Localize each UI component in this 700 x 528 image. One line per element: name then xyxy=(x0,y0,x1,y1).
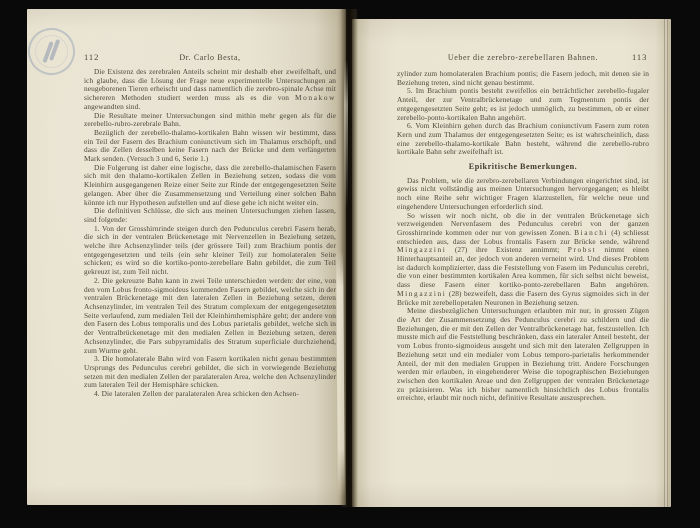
page-number-right: 113 xyxy=(632,52,647,62)
text-segment: 3. Die homolaterale Bahn wird von Fasern… xyxy=(84,354,336,389)
emphasized-name: Probst xyxy=(568,245,596,254)
paragraph: 2. Die gekreuzte Bahn kann in zwei Teile… xyxy=(84,277,336,355)
paragraph: 6. Vom Kleinhirn gehen durch das Brachiu… xyxy=(397,122,649,157)
paragraph: 3. Die homolaterale Bahn wird von Fasern… xyxy=(84,355,336,390)
gutter-torn-page-edge xyxy=(344,60,348,210)
library-stamp-icon xyxy=(27,22,81,81)
text-segment: Die Resultate meiner Untersuchungen sind… xyxy=(84,111,336,129)
text-segment: (27) ihre Existenz annimmt; xyxy=(446,245,567,254)
text-segment: 4. Die lateralen Zellen der paralaterale… xyxy=(94,389,299,398)
paragraph: 1. Von der Grosshirnrinde steigen durch … xyxy=(84,225,336,277)
right-page-text-column: zylinder zum homolateralen Brachium pont… xyxy=(397,70,649,403)
text-segment: Die definitiven Schlüsse, die sich aus m… xyxy=(84,206,336,224)
paragraph: Das Problem, wie die zerebro-zerebellare… xyxy=(397,177,649,212)
paragraph: Die definitiven Schlüsse, die sich aus m… xyxy=(84,207,336,224)
paragraph: Die Folgerung ist daher eine logische, d… xyxy=(84,164,336,208)
left-page-text-column: Die Existenz des zerebralen Anteils sche… xyxy=(84,68,336,399)
text-segment: 2. Die gekreuzte Bahn kann in zwei Teile… xyxy=(84,276,336,355)
page-left: 112 Dr. Carlo Besta, Die Existenz des ze… xyxy=(27,9,346,505)
emphasized-name: Monakow xyxy=(295,93,336,102)
text-segment: Meine diesbezüglichen Untersuchungen erl… xyxy=(397,306,649,402)
text-segment: 1. Von der Grosshirnrinde steigen durch … xyxy=(84,224,336,277)
text-segment: angewandten sind. xyxy=(84,102,140,111)
text-segment: Die Folgerung ist daher eine logische, d… xyxy=(84,163,336,207)
emphasized-name: Mingazzini xyxy=(397,245,446,254)
text-segment: 6. Vom Kleinhirn gehen durch das Brachiu… xyxy=(397,121,649,156)
scanned-book-spread: 112 Dr. Carlo Besta, Die Existenz des ze… xyxy=(0,0,700,528)
paragraph: So wissen wir noch nicht, ob die in der … xyxy=(397,212,649,308)
paragraph: 5. Im Brachium pontis besteht zweifellos… xyxy=(397,87,649,122)
text-segment: Das Problem, wie die zerebro-zerebellare… xyxy=(397,176,649,211)
paragraph: Bezüglich der zerebello-thalamo-kortikal… xyxy=(84,129,336,164)
paragraph: 4. Die lateralen Zellen der paralaterale… xyxy=(84,390,336,399)
emphasized-name: Bianchi xyxy=(574,228,608,237)
text-segment: zylinder zum homolateralen Brachium pont… xyxy=(397,69,649,87)
paragraph: zylinder zum homolateralen Brachium pont… xyxy=(397,70,649,87)
section-heading: Epikritische Bemerkungen. xyxy=(397,163,649,172)
running-header-left: Dr. Carlo Besta, xyxy=(84,53,336,62)
paragraph: Die Resultate meiner Untersuchungen sind… xyxy=(84,112,336,129)
paragraph: Meine diesbezüglichen Untersuchungen erl… xyxy=(397,307,649,403)
text-segment: 5. Im Brachium pontis besteht zweifellos… xyxy=(397,86,649,121)
text-segment: Bezüglich der zerebello-thalamo-kortikal… xyxy=(84,128,336,163)
page-right: Ueber die zerebro-zerebellaren Bahnen. 1… xyxy=(352,19,671,507)
emphasized-name: Mingazzini xyxy=(397,289,446,298)
running-header-right: Ueber die zerebro-zerebellaren Bahnen. xyxy=(397,53,649,62)
paragraph: Die Existenz des zerebralen Anteils sche… xyxy=(84,68,336,112)
